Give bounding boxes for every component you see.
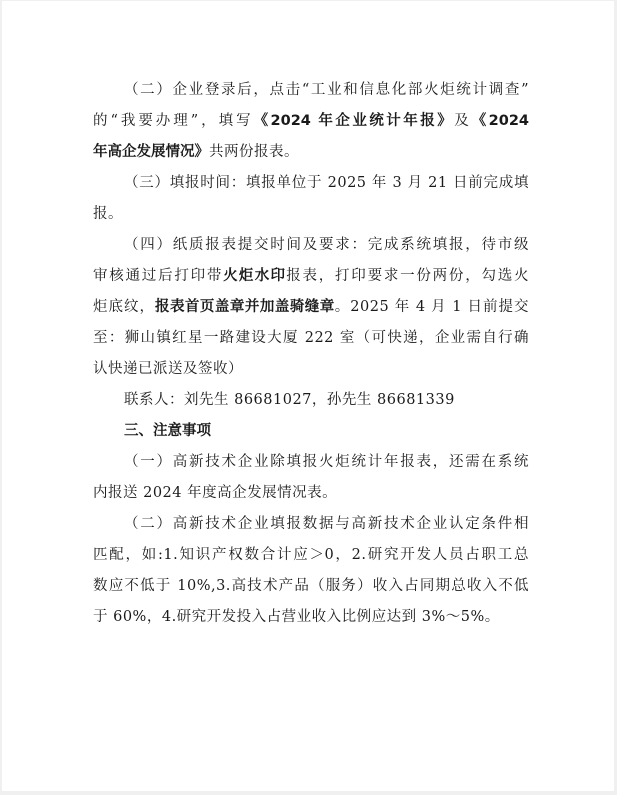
document-body: （二）企业登录后，点击“工业和信息化部火炬统计调查”的“我要办理”，填写《202… <box>93 75 529 633</box>
bold-text: 三、注意事项 <box>124 423 211 439</box>
paragraph-p2-register: （二）企业登录后，点击“工业和信息化部火炬统计调查”的“我要办理”，填写《202… <box>93 75 529 168</box>
text-segment: （三）填报时间：填报单位于 2025 年 3 月 21 日前完成填 <box>124 175 529 191</box>
text-line: 认快递已派送及签收） <box>93 354 529 385</box>
text-line: 数应不低于 10%,3.高技术产品（服务）收入占同期总收入不低 <box>93 571 529 602</box>
paragraph-note-1: （一）高新技术企业除填报火炬统计年报表，还需在系统内报送 2024 年度高企发展… <box>93 447 529 509</box>
text-segment: 至：狮山镇红星一路建设大厦 222 室（可快递，企业需自行确 <box>93 330 529 346</box>
text-line: （二）高新技术企业填报数据与高新技术企业认定条件相 <box>93 509 529 540</box>
text-line: 三、注意事项 <box>93 416 529 447</box>
text-segment: 于 60%，4.研究开发投入占营业收入比例应达到 3%～5%。 <box>93 609 500 625</box>
paragraph-contacts: 联系人：刘先生 86681027，孙先生 86681339 <box>93 385 529 416</box>
text-segment: 数应不低于 10%,3.高技术产品（服务）收入占同期总收入不低 <box>93 578 529 594</box>
text-line: 联系人：刘先生 86681027，孙先生 86681339 <box>93 385 529 416</box>
text-line: 炬底纹，报表首页盖章并加盖骑缝章。2025 年 4 月 1 日前提交 <box>93 292 529 323</box>
text-line: 于 60%，4.研究开发投入占营业收入比例应达到 3%～5%。 <box>93 602 529 633</box>
text-segment: 内报送 2024 年度高企发展情况表。 <box>93 485 337 501</box>
text-segment: 。2025 年 4 月 1 日前提交 <box>335 299 529 315</box>
text-line: 内报送 2024 年度高企发展情况表。 <box>93 478 529 509</box>
text-line: （二）企业登录后，点击“工业和信息化部火炬统计调查” <box>93 75 529 106</box>
text-segment: （一）高新技术企业除填报火炬统计年报表，还需在系统 <box>124 454 529 470</box>
text-segment: 及 <box>454 113 471 129</box>
text-line: （三）填报时间：填报单位于 2025 年 3 月 21 日前完成填 <box>93 168 529 199</box>
text-line: （一）高新技术企业除填报火炬统计年报表，还需在系统 <box>93 447 529 478</box>
section-heading: 三、注意事项 <box>93 416 529 447</box>
paragraph-note-2: （二）高新技术企业填报数据与高新技术企业认定条件相匹配，如:1.知识产权数合计应… <box>93 509 529 633</box>
bold-text: 《2024 <box>472 113 529 129</box>
bold-text: 《2024 年企业统计年报》 <box>254 113 455 129</box>
text-segment: 共两份报表。 <box>209 144 299 160</box>
text-line: 的“我要办理”，填写《2024 年企业统计年报》及《2024 <box>93 106 529 137</box>
text-line: 报。 <box>93 199 529 230</box>
text-segment: （四）纸质报表提交时间及要求：完成系统填报，待市级 <box>124 237 529 253</box>
paragraph-p3-deadline: （三）填报时间：填报单位于 2025 年 3 月 21 日前完成填报。 <box>93 168 529 230</box>
text-segment: 的“我要办理”，填写 <box>93 113 254 129</box>
bold-text: 年高企发展情况》 <box>93 144 209 160</box>
bold-text: 火炬水印 <box>223 268 286 284</box>
text-segment: 炬底纹， <box>93 299 155 315</box>
text-line: 审核通过后打印带火炬水印报表，打印要求一份两份，勾选火 <box>93 261 529 292</box>
paragraph-p4-paper-submission: （四）纸质报表提交时间及要求：完成系统填报，待市级审核通过后打印带火炬水印报表，… <box>93 230 529 385</box>
bold-text: 报表首页盖章并加盖骑缝章 <box>155 299 335 315</box>
text-line: 至：狮山镇红星一路建设大厦 222 室（可快递，企业需自行确 <box>93 323 529 354</box>
text-segment: 报。 <box>93 206 123 222</box>
text-segment: 审核通过后打印带 <box>93 268 223 284</box>
text-segment: 匹配，如:1.知识产权数合计应＞0，2.研究开发人员占职工总 <box>93 547 529 563</box>
text-line: 年高企发展情况》共两份报表。 <box>93 137 529 168</box>
text-line: （四）纸质报表提交时间及要求：完成系统填报，待市级 <box>93 230 529 261</box>
text-segment: 联系人：刘先生 86681027，孙先生 86681339 <box>124 392 455 408</box>
text-segment: 报表，打印要求一份两份，勾选火 <box>286 268 529 284</box>
document-page: （二）企业登录后，点击“工业和信息化部火炬统计调查”的“我要办理”，填写《202… <box>2 1 614 791</box>
text-segment: （二）企业登录后，点击“工业和信息化部火炬统计调查” <box>124 82 529 98</box>
text-line: 匹配，如:1.知识产权数合计应＞0，2.研究开发人员占职工总 <box>93 540 529 571</box>
text-segment: （二）高新技术企业填报数据与高新技术企业认定条件相 <box>124 516 529 532</box>
text-segment: 认快递已派送及签收） <box>93 361 243 377</box>
